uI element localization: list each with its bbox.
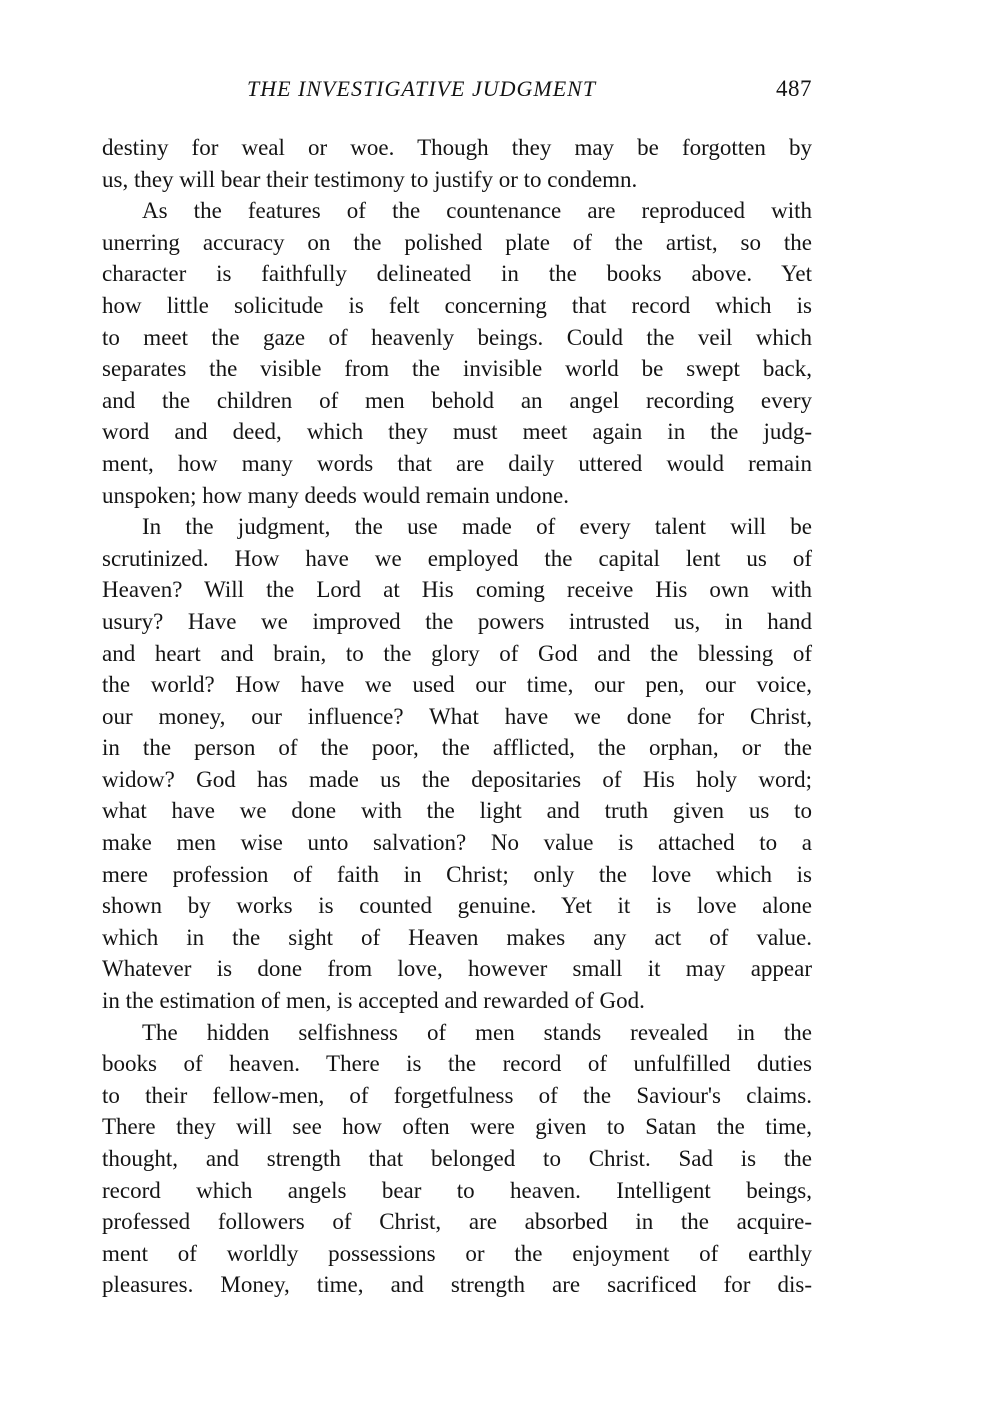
text-line: and the children of men behold an angel … [102,385,812,417]
text-line: shown by works is counted genuine. Yet i… [102,890,812,922]
text-line: pleasures. Money, time, and strength are… [102,1269,812,1301]
text-line: ment, how many words that are daily utte… [102,448,812,480]
text-line: to their fellow-men, of forgetfulness of… [102,1080,812,1112]
text-line: to meet the gaze of heavenly beings. Cou… [102,322,812,354]
text-line: professed followers of Christ, are absor… [102,1206,812,1238]
text-line: the world? How have we used our time, ou… [102,669,812,701]
text-line: Heaven? Will the Lord at His coming rece… [102,574,812,606]
paragraph: As the features of the countenance are r… [102,195,812,511]
page-number: 487 [776,76,812,102]
text-line: unerring accuracy on the polished plate … [102,227,812,259]
text-line: scrutinized. How have we employed the ca… [102,543,812,575]
text-line: in the person of the poor, the afflicted… [102,732,812,764]
text-line: make men wise unto salvation? No value i… [102,827,812,859]
text-line: usury? Have we improved the powers intru… [102,606,812,638]
text-line: destiny for weal or woe. Though they may… [102,132,812,164]
text-line: widow? God has made us the depositaries … [102,764,812,796]
text-line: us, they will bear their testimony to ju… [102,164,812,196]
paragraph: destiny for weal or woe. Though they may… [102,132,812,195]
text-line: mere profession of faith in Christ; only… [102,859,812,891]
text-line: As the features of the countenance are r… [102,195,812,227]
text-line: Whatever is done from love, however smal… [102,953,812,985]
text-line: books of heaven. There is the record of … [102,1048,812,1080]
running-head: THE INVESTIGATIVE JUDGMENT 487 [102,72,812,110]
text-line: unspoken; how many deeds would remain un… [102,480,812,512]
text-line: how little solicitude is felt concerning… [102,290,812,322]
text-line: our money, our influence? What have we d… [102,701,812,733]
text-line: which in the sight of Heaven makes any a… [102,922,812,954]
text-line: thought, and strength that belonged to C… [102,1143,812,1175]
text-line: in the estimation of men, is accepted an… [102,985,812,1017]
paragraph: The hidden selfishness of men stands rev… [102,1017,812,1301]
body-text: destiny for weal or woe. Though they may… [102,132,812,1301]
text-line: record which angels bear to heaven. Inte… [102,1175,812,1207]
book-page: THE INVESTIGATIVE JUDGMENT 487 destiny f… [102,72,812,1301]
text-line: what have we done with the light and tru… [102,795,812,827]
text-line: and heart and brain, to the glory of God… [102,638,812,670]
running-title: THE INVESTIGATIVE JUDGMENT [247,76,596,102]
text-line: word and deed, which they must meet agai… [102,416,812,448]
text-line: separates the visible from the invisible… [102,353,812,385]
text-line: character is faithfully delineated in th… [102,258,812,290]
text-line: There they will see how often were given… [102,1111,812,1143]
text-line: ment of worldly possessions or the enjoy… [102,1238,812,1270]
text-line: In the judgment, the use made of every t… [102,511,812,543]
paragraph: In the judgment, the use made of every t… [102,511,812,1017]
text-line: The hidden selfishness of men stands rev… [102,1017,812,1049]
